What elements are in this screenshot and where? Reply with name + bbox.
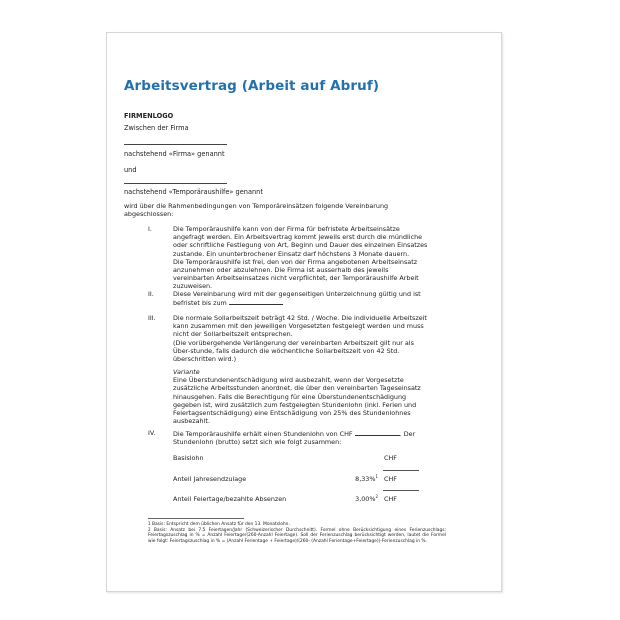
wage-row-label: Anteil Feiertage/bezahlte Absenzen — [173, 495, 286, 503]
und-text: und — [124, 166, 137, 174]
wage-row-label: Anteil Jahresendzulage — [173, 475, 246, 483]
section-2: Diese Vereinbarung wird mit der gegensei… — [173, 290, 431, 307]
firma-named: nachstehend «Firma» genannt — [124, 150, 225, 158]
intro-firma: Zwischen der Firma — [124, 124, 189, 132]
wage-row-currency: CHF — [384, 495, 397, 503]
section-number-2: II. — [148, 290, 154, 298]
section-1-paragraph-1: Die Temporäraushilfe kann von der Firma … — [173, 225, 431, 258]
wage-row-percent: 8,33%1 — [340, 475, 378, 483]
variant-label: Variante — [173, 368, 431, 376]
footnote-2: 2 Basis: Ansatz bei 7.5 Feiertagen/Jahr … — [148, 528, 446, 545]
footnote-ref: 2 — [375, 494, 378, 499]
wage-row-percent: 3,00%2 — [340, 495, 378, 503]
section-3: Die normale Sollarbeitszeit beträgt 42 S… — [173, 314, 431, 363]
wage-row-amount-line[interactable] — [383, 470, 419, 471]
valid-until-field[interactable] — [229, 298, 283, 305]
firma-signature-line — [124, 144, 227, 145]
temp-signature-line — [124, 183, 227, 184]
variant-text: Eine Überstundenentschädigung wird ausbe… — [173, 376, 431, 425]
agreement-intro: wird über die Rahmenbedingungen von Temp… — [124, 202, 424, 218]
section-number-1: I. — [148, 225, 152, 233]
section-3-variant: Variante Eine Überstundenentschädigung w… — [173, 368, 431, 425]
section-2-text: Diese Vereinbarung wird mit der gegensei… — [173, 290, 421, 307]
footnote-separator — [148, 518, 244, 519]
section-4-text-before: Die Temporäraushilfe erhält einen Stunde… — [173, 430, 353, 438]
wage-row-currency: CHF — [384, 475, 397, 483]
wage-row-currency: CHF — [384, 454, 397, 462]
hourly-wage-field[interactable] — [355, 429, 400, 436]
document-title: Arbeitsvertrag (Arbeit auf Abruf) — [124, 78, 379, 94]
section-1: Die Temporäraushilfe kann von der Firma … — [173, 225, 431, 291]
wage-row-label: Basislohn — [173, 454, 204, 462]
footnotes: 1 Basis: Entspricht dem üblichen Ansatz … — [148, 522, 446, 544]
temp-named: nachstehend «Temporäraushilfe» genannt — [124, 188, 263, 196]
section-4: Die Temporäraushilfe erhält einen Stunde… — [173, 429, 431, 446]
section-number-3: III. — [148, 314, 156, 322]
footnote-ref: 1 — [375, 474, 378, 479]
section-3-paragraph-2: (Die vorübergehende Verlängerung der ver… — [173, 339, 431, 364]
section-3-paragraph-1: Die normale Sollarbeitszeit beträgt 42 S… — [173, 314, 431, 339]
section-number-4: IV. — [148, 429, 155, 437]
company-logo-placeholder: FIRMENLOGO — [124, 112, 173, 120]
section-1-paragraph-2: Die Temporäraushilfe ist frei, den von d… — [173, 258, 431, 291]
document-page: Arbeitsvertrag (Arbeit auf Abruf) FIRMEN… — [106, 32, 502, 592]
wage-row-amount-line[interactable] — [383, 490, 419, 491]
